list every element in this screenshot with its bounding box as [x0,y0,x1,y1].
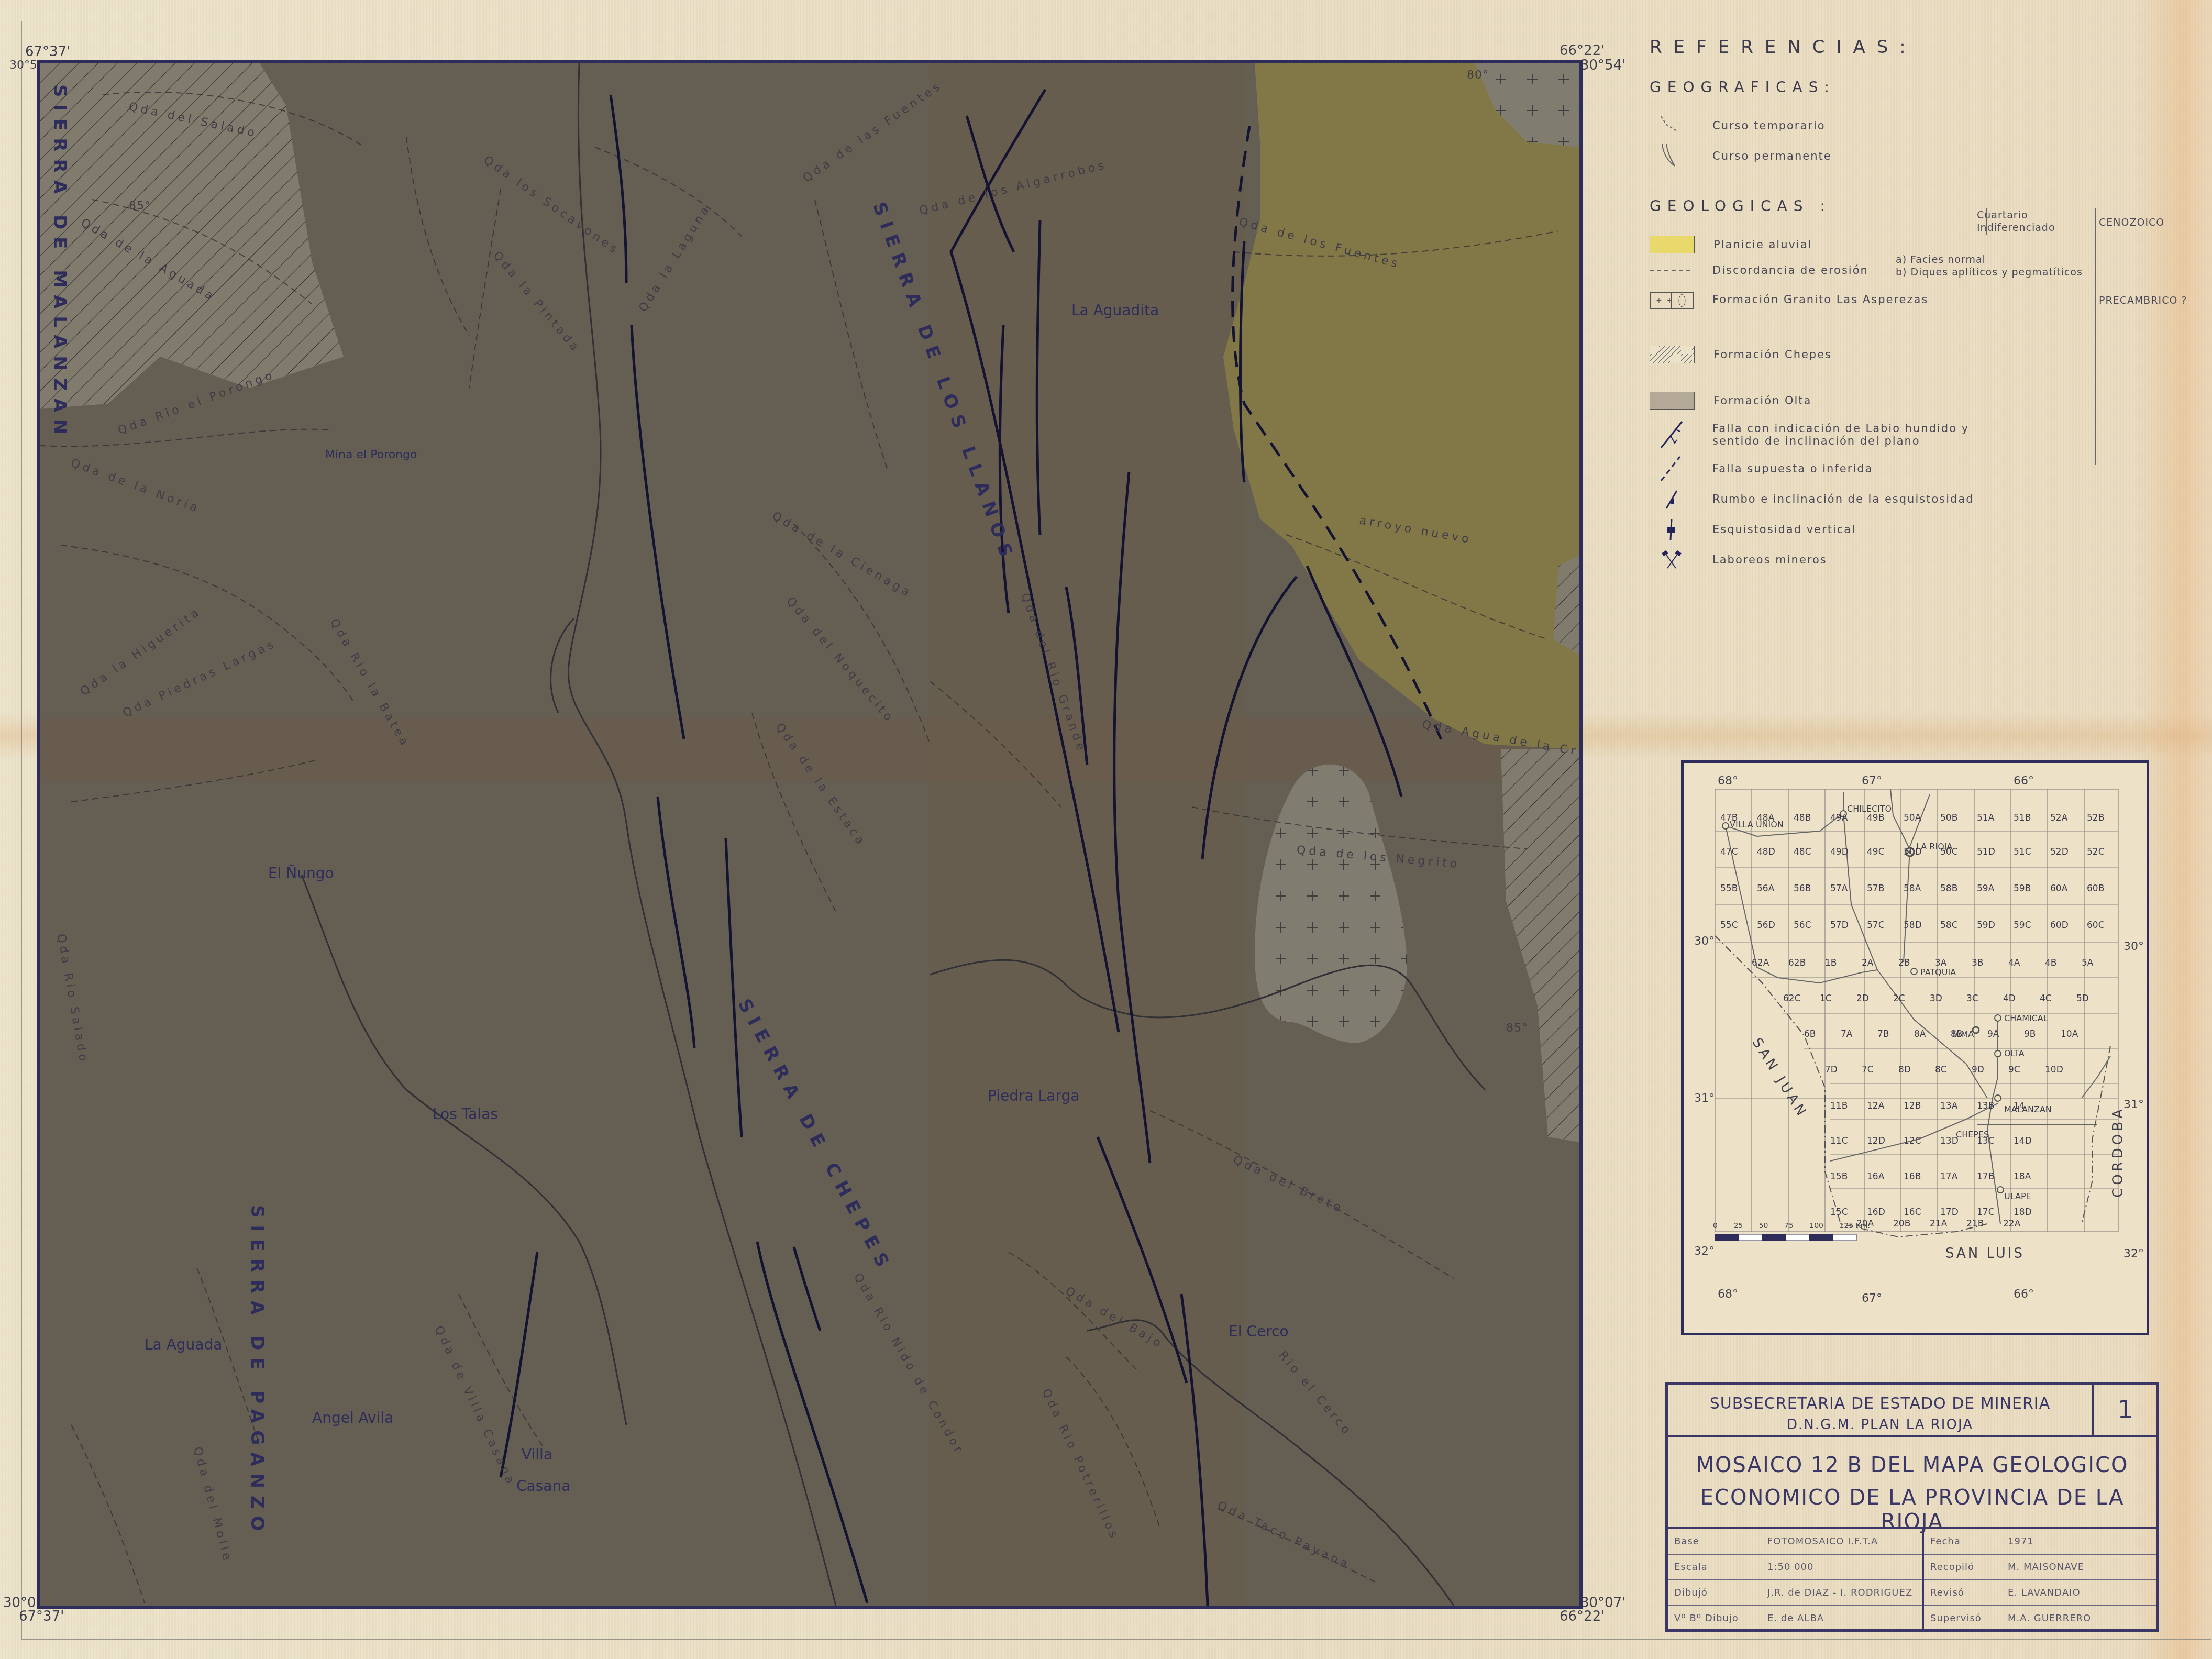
credit-row: Vº Bº DibujoE. de ALBA [1668,1606,1922,1631]
index-sheet-label: 13B [1977,1101,1994,1111]
index-sheet-label: 51C [2014,847,2031,857]
index-sheet-label: 13D [1940,1136,1959,1146]
index-sheet-label: 16B [1904,1171,1921,1182]
plan-name: D.N.G.M. PLAN LA RIOJA [1668,1417,2092,1433]
bracket-line [1986,208,1987,235]
index-lat-31: 31° [1694,1092,1715,1105]
index-sheet-label: 52C [2087,847,2105,857]
legend-label: Curso temporario [1712,119,1826,132]
credit-row: DibujóJ.R. de DIAZ - I. RODRIGUEZ [1668,1580,1922,1606]
index-sheet-label: 1B [1825,958,1837,968]
index-sheet-label: 8C [1935,1065,1947,1075]
index-sheet-label: 15C [1830,1207,1848,1218]
alluvial-swatch-icon [1650,236,1695,253]
index-sheet-label: 52A [2050,813,2067,823]
age-precambrico: PRECAMBRICO ? [2099,295,2187,306]
index-sheet-label: 51B [2014,813,2031,823]
legend-item: Esquistosidad vertical [1650,514,2152,545]
index-sheet-label: 56D [1757,920,1775,931]
credits-table: BaseFOTOMOSAICO I.F.T.A Escala1:50 000 D… [1668,1529,2156,1629]
legend-item: + + Formación Granito Las Asperezas [1650,281,2152,318]
credit-value: 1971 [2004,1536,2034,1547]
legend-label: Laboreos mineros [1712,554,1827,566]
credit-row: BaseFOTOMOSAICO I.F.T.A [1668,1529,1922,1555]
index-sheet-label: 12D [1867,1136,1885,1146]
range-sierra-paganzo: SIERRA DE PAGANZO [247,1205,268,1539]
index-sheet-label: 4D [2003,993,2016,1004]
place-mina-el-porongo: Mina el Porongo [325,448,417,461]
inferred-fault-icon [1650,456,1694,482]
index-sheet-label: 56C [1794,920,1811,931]
index-sheet-label: 49D [1830,847,1849,857]
index-sheet-label: 11C [1830,1136,1848,1146]
legend-item: Formación Olta [1650,385,2152,416]
credit-value: FOTOMOSAICO I.F.T.A [1763,1536,1878,1547]
scale-tick: 0 [1713,1222,1718,1230]
index-lat-32: 32° [1694,1245,1715,1258]
index-sheet-label: 14 [2014,1101,2025,1111]
dashed-stream-icon [1650,113,1694,139]
index-sheet-label: 3C [1966,993,1978,1004]
index-sheet-label: 2A [1862,958,1873,968]
age-cenozoico: CENOZOICO [2099,217,2164,228]
index-sheet-label: 7B [1877,1029,1889,1039]
scale-tick: 50 [1759,1222,1768,1230]
index-sheet-label: 4C [2040,993,2052,1004]
dip-label: 85° [129,200,151,213]
legend-label: sentido de inclinación del plano [1712,435,1969,447]
strike-dip-icon [1650,486,1694,512]
index-sheet-label: 7A [1841,1029,1852,1039]
place-los-talas: Los Talas [433,1105,498,1123]
province-cordoba: CORDOBA [2110,1106,2126,1198]
credit-row: Fecha1971 [1924,1529,2156,1555]
credit-key: Fecha [1924,1536,2004,1547]
index-sheet-label: 16D [1867,1207,1885,1218]
index-lon-68: 68° [1718,775,1738,788]
index-sheet-label: 7D [1825,1065,1838,1075]
index-sheet-label: 17A [1940,1171,1957,1182]
age-indiferenciado: Indiferenciado [1977,222,2055,234]
place-el-cerco: El Cerco [1229,1323,1289,1340]
place-villa: Villa [522,1446,552,1463]
index-sheet-label: 60C [2087,920,2105,931]
legend-item: Curso permanente [1650,141,2152,171]
index-sheet-label: 8B [1951,1029,1962,1039]
index-sheet-label: 50D [1904,847,1922,857]
index-sheet-label: 58A [1904,883,1921,894]
index-sheet-label: 50A [1904,813,1921,823]
index-lat-30: 30° [1694,935,1715,948]
index-sheet-label: 12A [1867,1101,1884,1111]
index-sheet-label: 62B [1788,958,1806,968]
title-block-header: SUBSECRETARIA DE ESTADO DE MINERIA D.N.G… [1668,1385,2094,1437]
legend-label: Curso permanente [1712,150,1832,162]
index-sheet-label: 55B [1720,883,1738,894]
index-lon-68-bottom: 68° [1718,1288,1738,1301]
granite-sub-b: b) Diques aplíticos y pegmatíticos [1896,267,2083,278]
place-la-aguadita-label: La Aguadita [1071,302,1159,319]
index-sheet-label: 2C [1893,993,1905,1004]
index-sheet-label: 51A [1977,813,1994,823]
index-sheet-label: 17D [1940,1207,1959,1218]
index-sheet-label: 2D [1856,993,1869,1004]
granite-sub-a: a) Facies normal [1896,254,1986,266]
index-sheet-label: 21B [1966,1219,1984,1229]
index-sheet-label: 21A [1930,1219,1947,1229]
index-sheet-label: 10D [2045,1065,2063,1075]
legend-label: Discordancia de erosión [1712,264,1868,276]
index-sheet-label: 13A [1940,1101,1957,1111]
index-sheet-label: 56A [1757,883,1774,894]
scale-tick: 100 [1809,1222,1823,1230]
credit-row: SupervisóM.A. GUERRERO [1924,1606,2156,1631]
range-sierra-malanzan: SIERRA DE MALANZAN [49,84,70,441]
legend-geol-title: GEOLOGICAS : [1650,197,2152,215]
index-sheet-label: 7C [1862,1065,1874,1075]
index-sheet-label: 60A [2050,883,2067,894]
credit-key: Escala [1668,1562,1763,1573]
index-sheet-label: 50B [1940,813,1957,823]
index-sheet-label: 4A [2008,958,2020,968]
index-sheet-label: 60B [2087,883,2104,894]
index-sheet-label: 57A [1830,883,1848,894]
index-sheet-label: 6B [1804,1029,1816,1039]
coord-top-left-lon: 67°37' [25,44,70,60]
legend-item: Curso temporario [1650,110,2152,141]
index-sheet-label: 11B [1830,1101,1848,1111]
index-lat-32-right: 32° [2123,1247,2144,1260]
coord-bottom-right-lon: 66°22' [1560,1609,1605,1624]
credit-value: M. MAISONAVE [2004,1562,2084,1573]
legend-geo-title: GEOGRAFICAS: [1650,79,2152,96]
legend-label: Esquistosidad vertical [1712,523,1856,536]
index-sheet-label: 48A [1757,813,1774,823]
credit-row: RevisóE. LAVANDAIO [1924,1580,2156,1606]
index-sheet-label: 56B [1794,883,1811,894]
sheet-number: 1 [2094,1385,2156,1437]
index-sheet-label: 47B [1720,813,1738,823]
index-sheet-label: 14D [2014,1136,2032,1146]
index-sheet-label: 59A [1977,883,1994,894]
index-sheet-label: 18A [2014,1171,2031,1182]
index-sheet-label: 2B [1898,958,1910,968]
scale-tick: 75 [1784,1222,1794,1230]
bracket-line [2095,208,2096,465]
index-sheet-label: 49B [1867,813,1884,823]
credit-value: 1:50 000 [1763,1562,1814,1573]
map-title-line2: ECONOMICO DE LA PROVINCIA DE LA RIOJA [1668,1486,2156,1534]
index-sheet-label: 59C [2014,920,2031,931]
coord-bottom-left-lon: 67°37' [19,1609,64,1624]
place-el-nungo: El Ñungo [268,865,334,882]
city-ulape: ULAPE [2004,1191,2031,1201]
index-sheet-label: 8A [1914,1029,1926,1039]
index-sheet-label: 62C [1783,993,1801,1004]
index-sheet-label: 9A [1987,1029,1999,1039]
place-angel-avila: Angel Avila [312,1409,393,1426]
fault-icon [1650,422,1694,448]
svg-text:+ +: + + [1656,296,1674,305]
legend-label: Formación Chepes [1713,348,1832,361]
index-sheet-label: 9B [2024,1029,2036,1039]
legend: REFERENCIAS: GEOGRAFICAS: Curso temporar… [1650,37,2152,575]
legend-label: Falla con indicación de Labio hundido y [1712,422,1969,435]
index-sheet-label: 55C [1720,920,1738,931]
index-sheet-label: 48B [1794,813,1811,823]
legend-item: Laboreos mineros [1650,545,2152,575]
dashed-line-icon [1650,265,1694,275]
index-sheet-label: 10A [2061,1029,2078,1039]
index-sheet-label: 50C [1940,847,1958,857]
index-sheet-label: 51D [1977,847,1995,857]
city-malanzan: MALANZAN [2004,1104,2052,1114]
index-lat-31-right: 31° [2123,1098,2144,1111]
index-sheet-label: 4B [2045,958,2056,968]
index-sheet-label: 3D [1930,993,1942,1004]
index-sheet-label: 13C [1977,1136,1995,1146]
map-geology-layer [40,63,1579,1606]
title-block: SUBSECRETARIA DE ESTADO DE MINERIA D.N.G… [1665,1382,2159,1632]
index-sheet-label: 49C [1867,847,1885,857]
index-sheet-label: 5D [2076,993,2089,1004]
legend-label: Rumbo e inclinación de la esquistosidad [1712,493,1974,505]
city-patquia: PATQUIA [1920,967,1956,977]
index-sheet-label: 16C [1904,1207,1921,1218]
credit-key: Base [1668,1536,1763,1547]
legend-label: Formación Granito Las Asperezas [1712,293,1928,306]
credit-key: Recopiló [1924,1562,2004,1573]
map-title-line1: MOSAICO 12 B DEL MAPA GEOLOGICO [1668,1453,2156,1477]
index-sheet-label: 60D [2050,920,2069,931]
credit-key: Supervisó [1924,1613,2004,1624]
solid-stream-icon [1650,143,1694,169]
index-sheet-label: 3A [1935,958,1946,968]
credit-key: Revisó [1924,1587,2004,1598]
index-sheet-label: 48D [1757,847,1775,857]
vertical-schistosity-icon [1650,516,1694,543]
legend-title: REFERENCIAS: [1650,37,2152,58]
index-sheet-label: 52D [2050,847,2069,857]
legend-label: Formación Olta [1713,394,1811,407]
index-sheet-label: 48C [1794,847,1811,857]
legend-item: Falla con indicación de Labio hundido y … [1650,416,2152,454]
index-sheet-label: 20B [1893,1219,1910,1229]
index-sheet-label: 17C [1977,1207,1995,1218]
dip-label: 85° [1506,1022,1528,1035]
coord-top-right-lat: 30°54' [1580,58,1625,73]
agency-name: SUBSECRETARIA DE ESTADO DE MINERIA [1668,1395,2092,1413]
legend-item: Formación Chepes [1650,339,2152,370]
index-sheet-label: 57D [1830,920,1849,931]
index-sheet-label: 52B [2087,813,2104,823]
city-chamical: CHAMICAL [2004,1013,2048,1023]
index-sheet-label: 57C [1867,920,1885,931]
index-sheet-label: 17B [1977,1171,1994,1182]
index-sheet-label: 16A [1867,1171,1884,1182]
index-lon-67: 67° [1862,775,1882,788]
index-sheet-label: 62A [1752,958,1769,968]
location-index-map[interactable]: 68° 67° 66° 68° 67° 66° 30° 30° 31° 31° … [1681,760,2149,1335]
index-lat-30-right: 30° [2123,940,2144,953]
index-sheet-label: 58D [1904,920,1922,931]
index-sheet-label: 9D [1972,1065,1984,1075]
credit-value: E. de ALBA [1763,1613,1824,1624]
index-sheet-label: 8D [1898,1065,1911,1075]
legend-label: Falla supuesta o inferida [1712,462,1873,475]
index-sheet-label: 49A [1830,813,1848,823]
coord-top-right-lon: 66°22' [1560,43,1605,59]
index-lon-66: 66° [2014,775,2034,788]
scale-bar-labels: 0 25 50 75 100 125 Km. [1713,1222,1870,1230]
place-casana: Casana [516,1477,570,1495]
place-la-aguada: La Aguada [145,1336,222,1353]
place-piedra-larga: Piedra Larga [988,1087,1079,1104]
index-sheet-label: 58B [1940,883,1957,894]
credit-value: J.R. de DIAZ - I. RODRIGUEZ [1763,1587,1912,1598]
province-san-luis: SAN LUIS [1945,1246,2025,1262]
legend-item: Falla supuesta o inferida [1650,454,2152,484]
index-sheet-label: 59B [2014,883,2031,894]
index-sheet-label: 9C [2008,1065,2020,1075]
index-sheet-label: 5A [2082,958,2093,968]
credit-row: RecopilóM. MAISONAVE [1924,1555,2156,1580]
dip-label: 80° [1467,69,1489,82]
index-sheet-label: 15B [1830,1171,1848,1182]
scale-tick: 125 Km. [1839,1222,1870,1230]
credit-row: Escala1:50 000 [1668,1555,1922,1580]
index-sheet-label: 57B [1867,883,1884,894]
index-sheet-label: 59D [1977,920,1995,931]
credit-key: Dibujó [1668,1587,1763,1598]
city-olta: OLTA [2004,1048,2025,1058]
index-sheet-label: 22A [2003,1219,2020,1229]
scale-tick: 25 [1733,1222,1743,1230]
credit-value: M.A. GUERRERO [2004,1613,2091,1624]
index-lon-66-bottom: 66° [2014,1288,2034,1301]
geologic-map[interactable]: SIERRA DE MALANZAN SIERRA DE LOS LLANOS … [37,60,1583,1609]
index-sheet-label: 12B [1904,1101,1921,1111]
legend-item: Rumbo e inclinación de la esquistosidad [1650,484,2152,514]
legend-label: Planicie aluvial [1713,238,1812,251]
credit-key: Vº Bº Dibujo [1668,1613,1763,1624]
olta-swatch-icon [1650,392,1695,410]
mine-icon [1650,547,1694,573]
index-sheet-label: 1C [1820,993,1832,1004]
index-sheet-label: 58C [1940,920,1958,931]
index-sheet-label: 18D [2014,1207,2032,1218]
index-lon-67-bottom: 67° [1862,1292,1882,1305]
map-title: MOSAICO 12 B DEL MAPA GEOLOGICO ECONOMIC… [1668,1437,2156,1529]
hatch-pattern-icon [1650,346,1695,363]
index-sheet-label: 47C [1720,847,1738,857]
index-sheet-label: 3B [1972,958,1983,968]
granite-pattern-icon: + + [1650,286,1694,313]
age-cuartario: Cuartario [1977,209,2028,221]
credit-value: E. LAVANDAIO [2004,1587,2081,1598]
index-sheet-label: 12C [1904,1136,1921,1146]
